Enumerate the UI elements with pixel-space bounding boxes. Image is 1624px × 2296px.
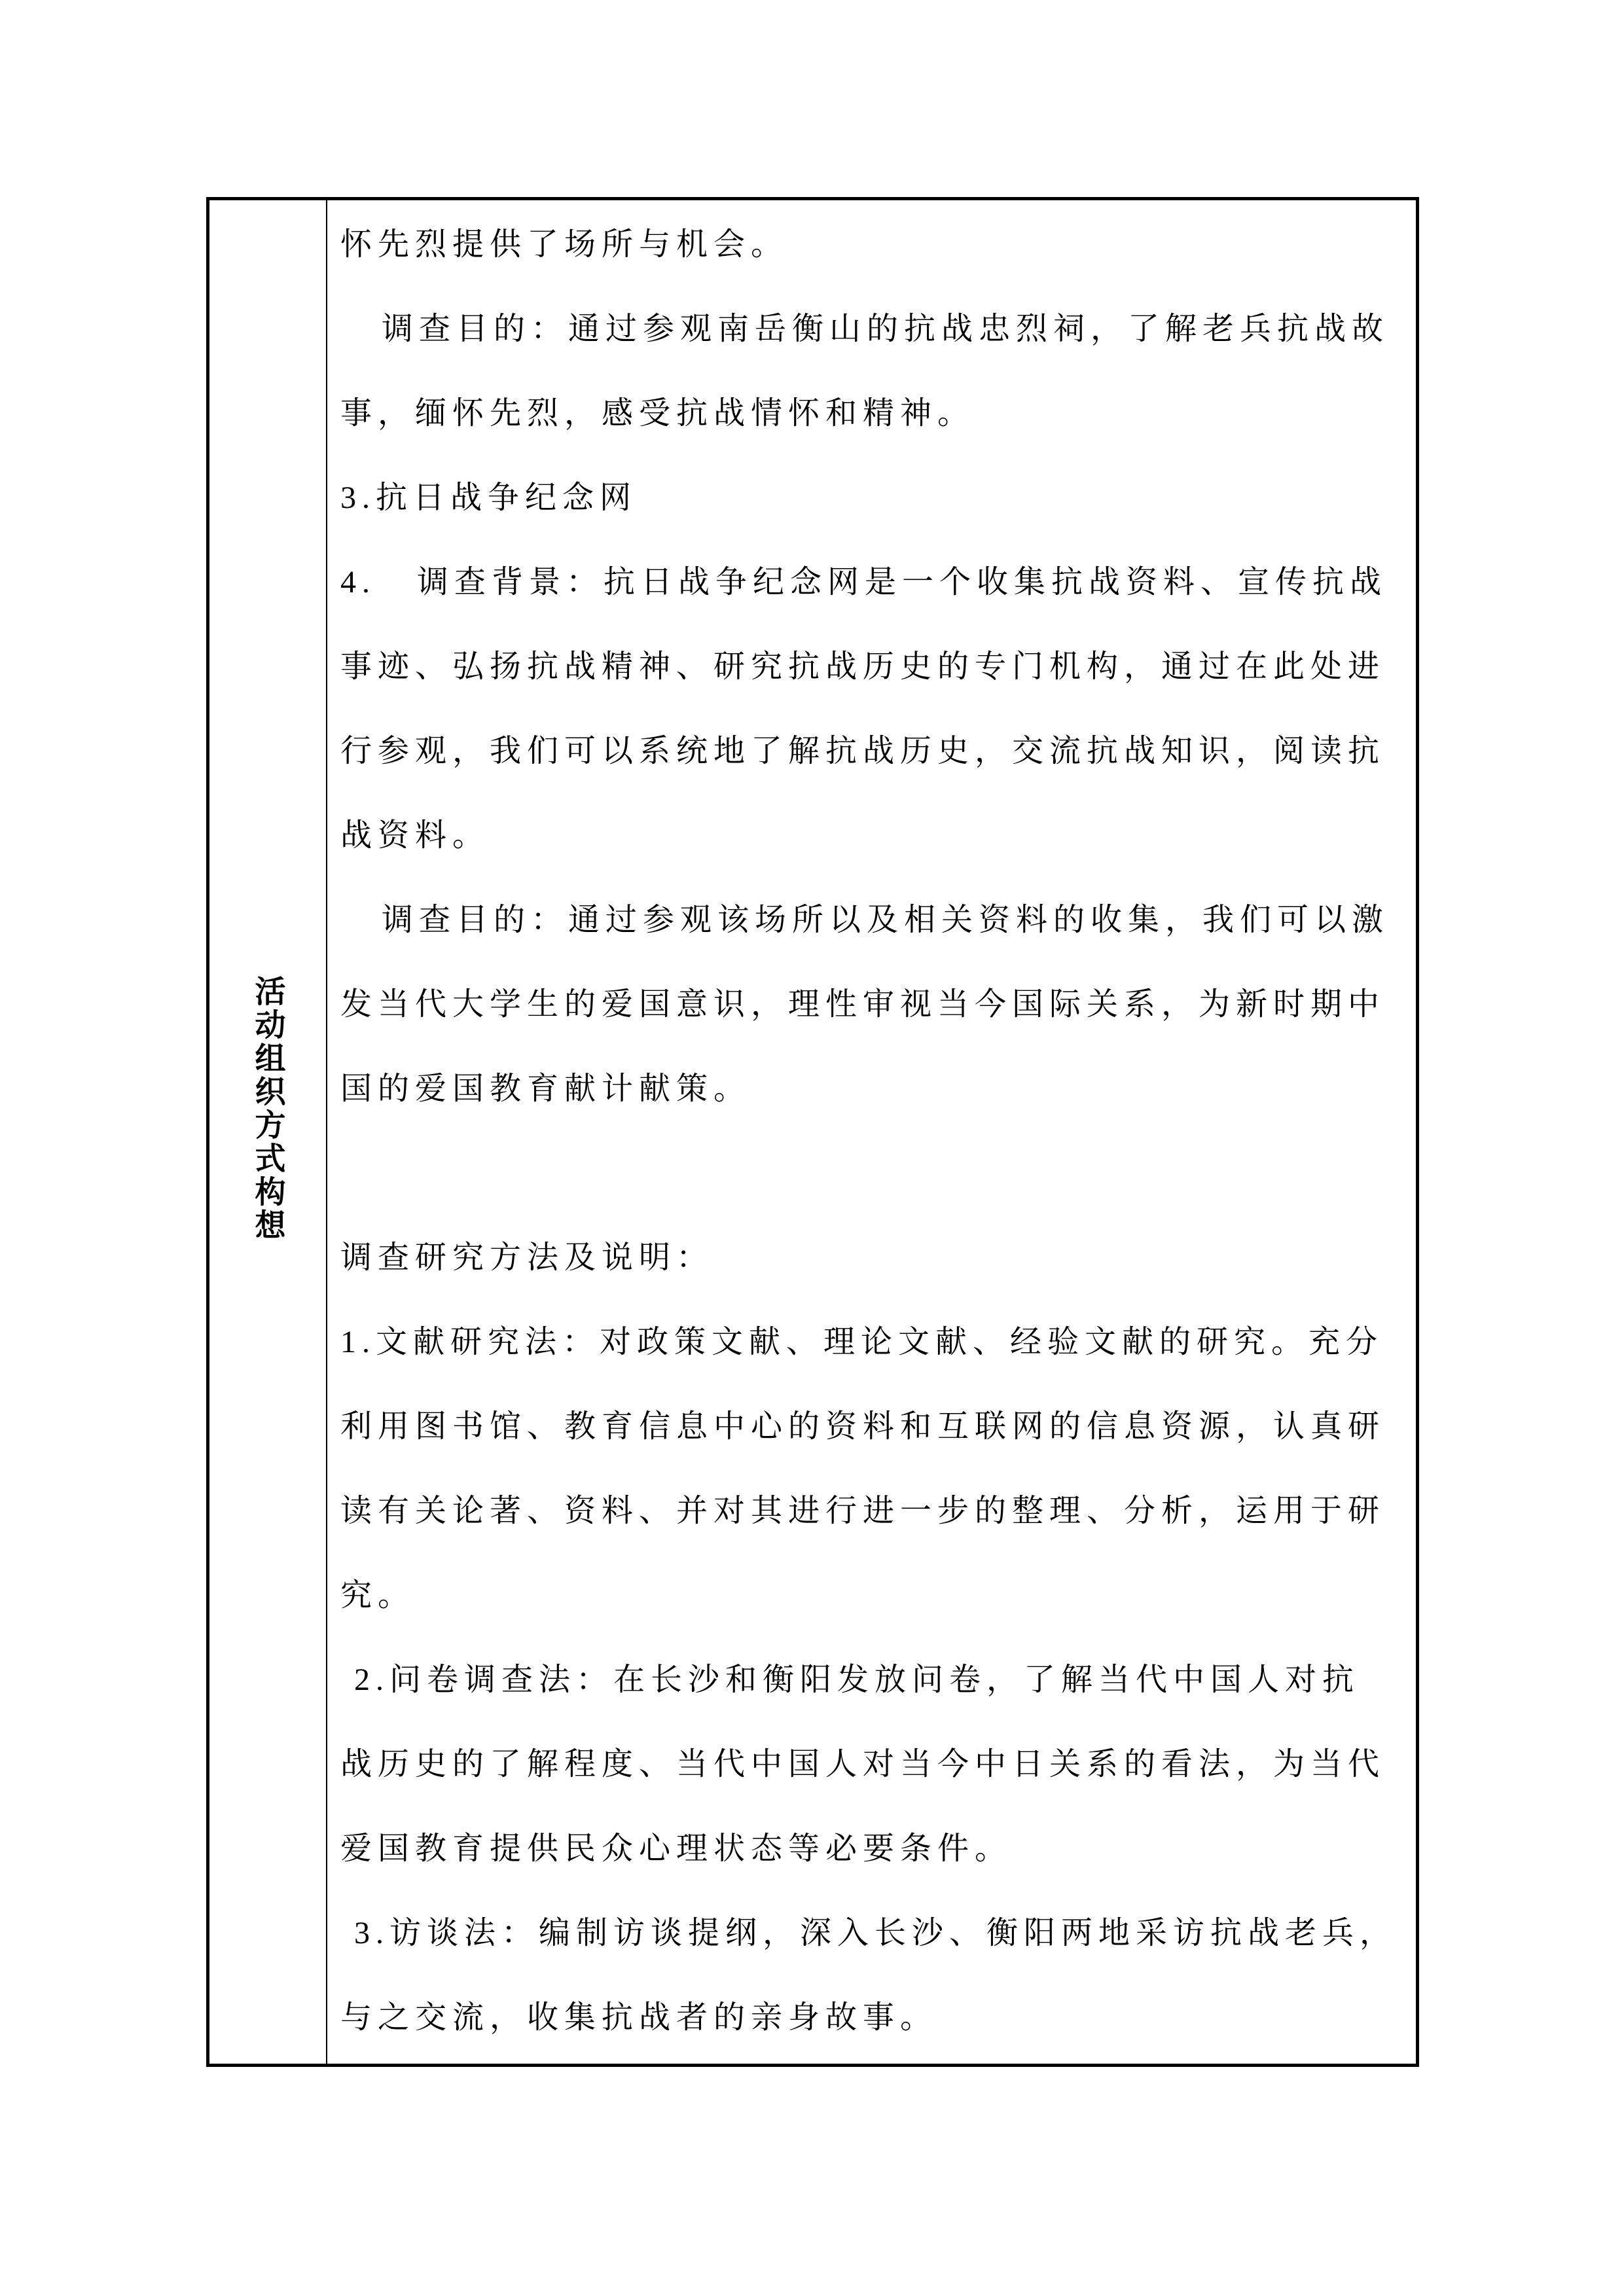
text-line: 调查研究方法及说明：	[340, 1240, 1407, 1324]
row-content-cell: 怀先烈提供了场所与机会。 调查目的：通过参观南岳衡山的抗战忠烈祠，了解老兵抗战故…	[327, 200, 1416, 2064]
text-line: 究。	[340, 1577, 1407, 1662]
document-page: 活动组织方式构想 怀先烈提供了场所与机会。 调查目的：通过参观南岳衡山的抗战忠烈…	[0, 0, 1624, 2296]
text-line: 3.访谈法：编制访谈提纲，深入长沙、衡阳两地采访抗战老兵，	[340, 1915, 1407, 2000]
text-line: 事迹、弘扬抗战精神、研究抗战历史的专门机构，通过在此处进	[340, 649, 1407, 733]
text-line: 行参观，我们可以系统地了解抗战历史，交流抗战知识，阅读抗	[340, 733, 1407, 817]
text-line: 调查目的：通过参观该场所以及相关资料的收集，我们可以激	[340, 902, 1407, 986]
form-table: 活动组织方式构想 怀先烈提供了场所与机会。 调查目的：通过参观南岳衡山的抗战忠烈…	[206, 197, 1419, 2067]
text-line: 读有关论著、资料、并对其进行进一步的整理、分析，运用于研	[340, 1493, 1407, 1577]
text-line: 爱国教育提供民众心理状态等必要条件。	[340, 1831, 1407, 1915]
text-line: 与之交流，收集抗战者的亲身故事。	[340, 2000, 1407, 2064]
text-line: 战资料。	[340, 817, 1407, 902]
row-header-cell: 活动组织方式构想	[209, 200, 327, 2064]
text-line: 利用图书馆、教育信息中心的资料和互联网的信息资源，认真研	[340, 1408, 1407, 1493]
text-line: 4. 调查背景：抗日战争纪念网是一个收集抗战资料、宣传抗战	[340, 564, 1407, 649]
text-line: 2.问卷调查法：在长沙和衡阳发放问卷，了解当代中国人对抗	[340, 1662, 1407, 1746]
text-line: 国的爱国教育献计献策。	[340, 1071, 1407, 1155]
text-line-blank	[340, 1155, 1407, 1240]
text-line: 发当代大学生的爱国意识，理性审视当今国际关系，为新时期中	[340, 986, 1407, 1071]
text-line: 怀先烈提供了场所与机会。	[340, 226, 1407, 311]
text-line: 1.文献研究法：对政策文献、理论文献、经验文献的研究。充分	[340, 1324, 1407, 1408]
text-line: 调查目的：通过参观南岳衡山的抗战忠烈祠，了解老兵抗战故	[340, 311, 1407, 395]
text-line: 事，缅怀先烈，感受抗战情怀和精神。	[340, 395, 1407, 480]
row-label-vertical: 活动组织方式构想	[246, 975, 290, 1242]
text-line: 战历史的了解程度、当代中国人对当今中日关系的看法，为当代	[340, 1746, 1407, 1831]
text-line: 3.抗日战争纪念网	[340, 480, 1407, 564]
